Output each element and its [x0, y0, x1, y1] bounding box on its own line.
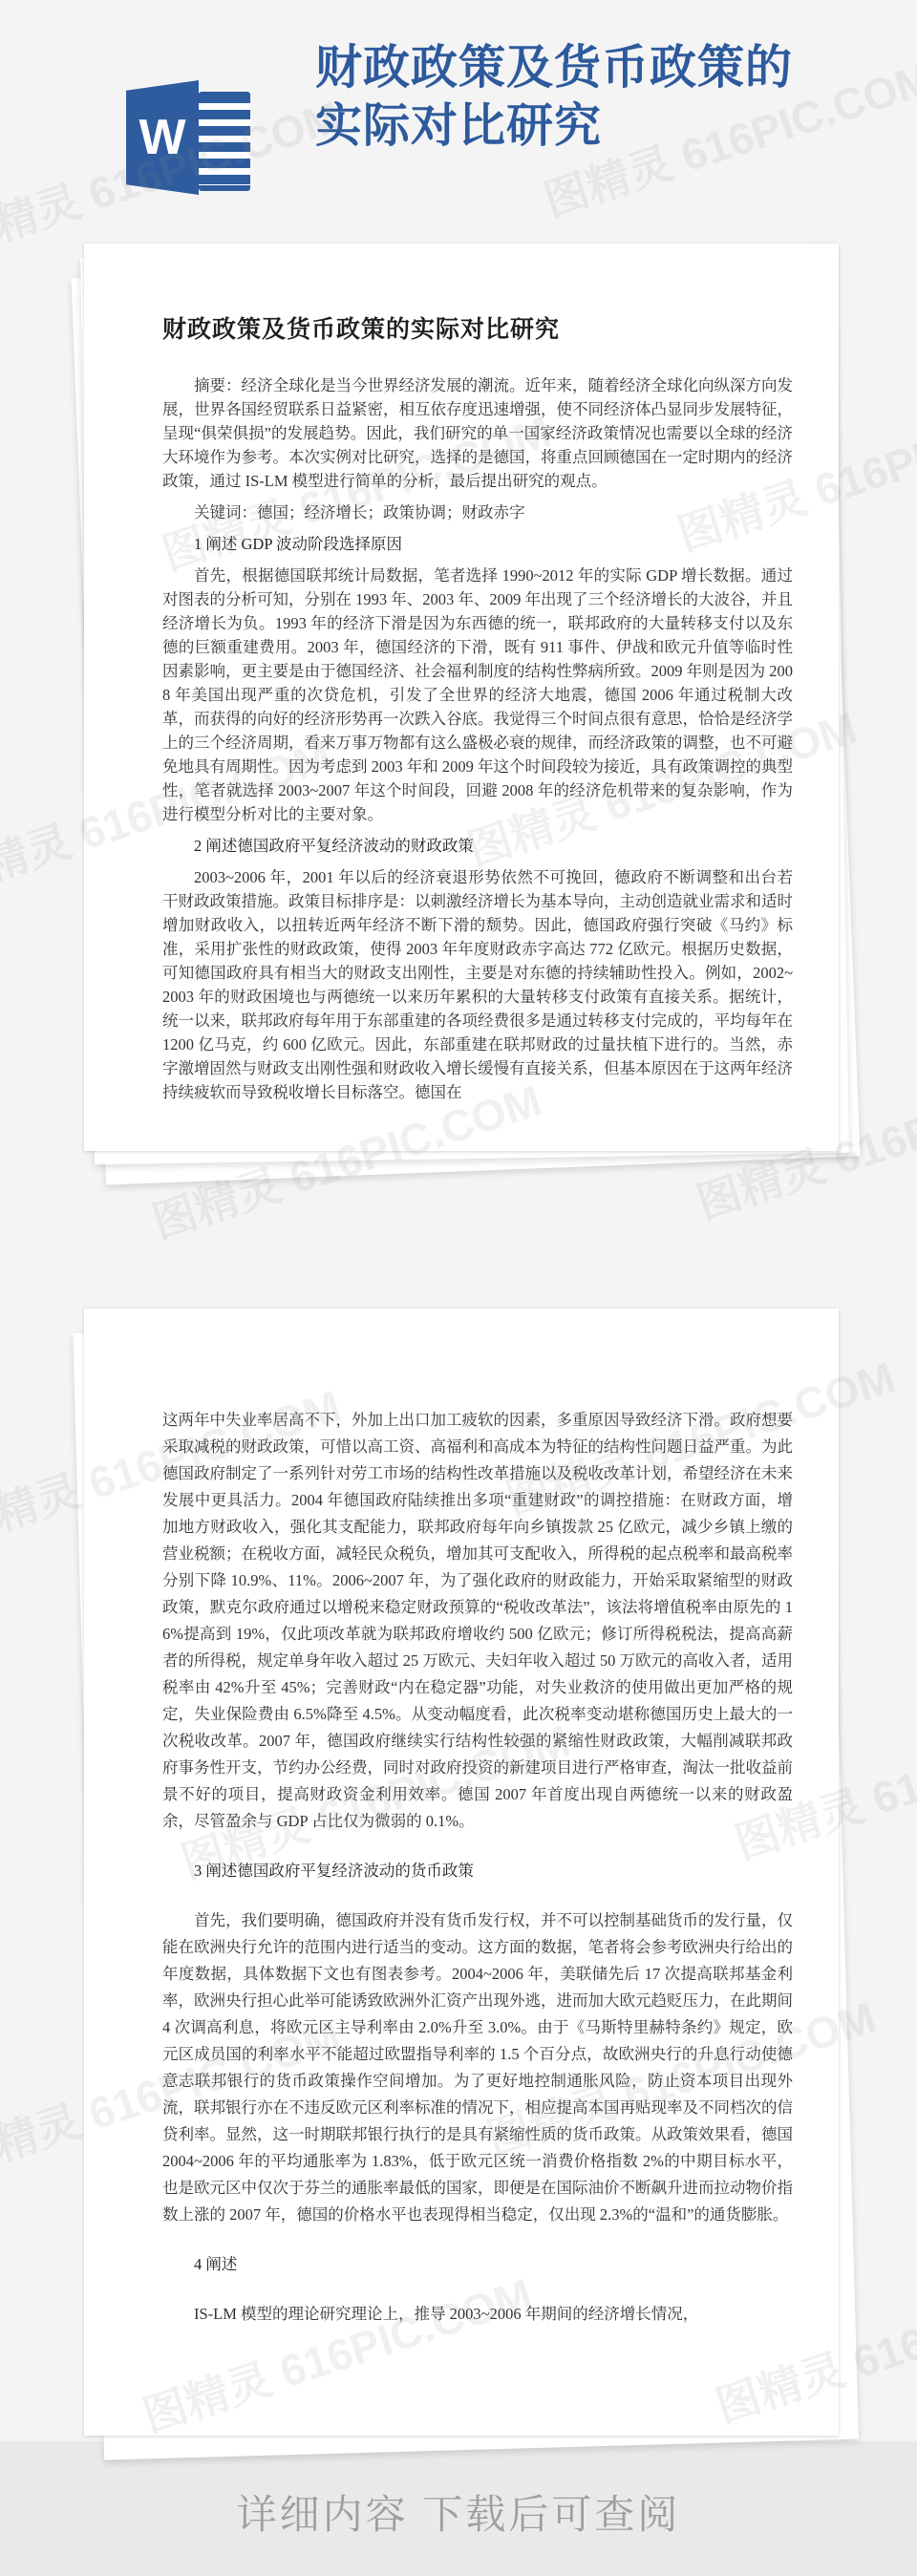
- document-page-2: 这两年中失业率居高不下，外加上出口加工疲软的因素，多重原因导致经济下滑。政府想要…: [84, 1309, 839, 2436]
- section-1-heading: 1 阐述 GDP 波动阶段选择原因: [162, 532, 793, 556]
- keywords-line: 关键词：德国；经济增长；政策协调；财政赤字: [162, 500, 793, 524]
- word-icon-document: [199, 92, 250, 191]
- page-title-line-2: 实际对比研究: [315, 96, 869, 155]
- continuation-paragraph: 这两年中失业率居高不下，外加上出口加工疲软的因素，多重原因导致经济下滑。政府想要…: [162, 1407, 793, 1835]
- document-preview-page-2: 这两年中失业率居高不下，外加上出口加工疲软的因素，多重原因导致经济下滑。政府想要…: [84, 1309, 839, 2436]
- section-3-paragraph: 首先，我们要明确，德国政府并没有货币发行权，并不可以控制基础货币的发行量，仅能在…: [162, 1907, 793, 2228]
- section-4-heading: 4 阐述: [162, 2251, 793, 2278]
- word-icon: W: [122, 80, 250, 195]
- word-icon-panel: W: [126, 80, 199, 195]
- word-icon-letter: W: [139, 113, 185, 162]
- section-4-paragraph: IS-LM 模型的理论研究理论上，推导 2003~2006 年期间的经济增长情况…: [162, 2301, 793, 2328]
- document-preview-page-1: 财政政策及货币政策的实际对比研究 摘要：经济全球化是当今世界经济发展的潮流。近年…: [84, 244, 839, 1151]
- section-2-paragraph: 2003~2006 年，2001 年以后的经济衰退形势依然不可挽回，德政府不断调…: [162, 865, 793, 1104]
- app-header: W 财政政策及货币政策的 实际对比研究: [0, 0, 917, 244]
- document-page-1: 财政政策及货币政策的实际对比研究 摘要：经济全球化是当今世界经济发展的潮流。近年…: [84, 244, 839, 1151]
- footer-band: 详细内容 下载后可查阅: [0, 2441, 917, 2576]
- section-1-paragraph: 首先，根据德国联邦统计局数据，笔者选择 1990~2012 年的实际 GDP 增…: [162, 564, 793, 826]
- doc-heading: 财政政策及货币政策的实际对比研究: [162, 310, 793, 345]
- page-title: 财政政策及货币政策的 实际对比研究: [315, 38, 869, 155]
- section-2-heading: 2 阐述德国政府平复经济波动的财政政策: [162, 834, 793, 858]
- section-3-heading: 3 阐述德国政府平复经济波动的货币政策: [162, 1858, 793, 1884]
- download-note: 详细内容 下载后可查阅: [0, 2483, 917, 2541]
- page-title-line-1: 财政政策及货币政策的: [315, 38, 869, 96]
- abstract-paragraph: 摘要：经济全球化是当今世界经济发展的潮流。近年来，随着经济全球化向纵深方向发展，…: [162, 373, 793, 493]
